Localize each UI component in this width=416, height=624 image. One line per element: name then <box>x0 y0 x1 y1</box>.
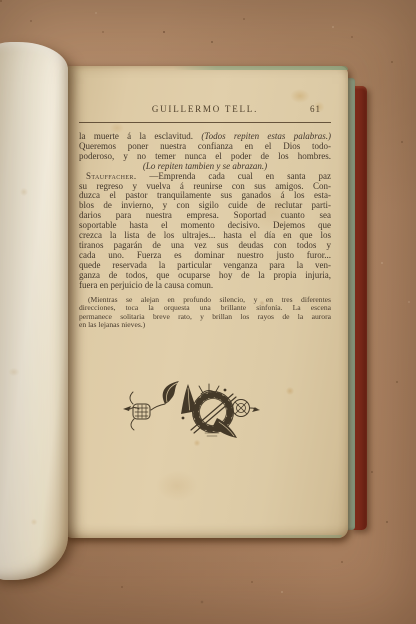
page-number: 61 <box>310 104 321 114</box>
curled-page <box>0 42 68 580</box>
page-content: GUILLERMO TELL. 61 la muerte á la esclav… <box>57 66 348 538</box>
background-texture <box>0 0 2 2</box>
running-head: GUILLERMO TELL. 61 <box>79 104 331 116</box>
header-rule <box>79 122 331 123</box>
paragraph: la muerte á la esclavitud. (Todos repite… <box>79 132 331 172</box>
paragraph: Stauffacher. —Emprenda cada cual en sant… <box>79 172 331 291</box>
stage-direction: (Mientras se alejan en profundo silencio… <box>79 296 331 330</box>
text-line: en las lejanas nieves.) <box>79 321 331 330</box>
book-photo: GUILLERMO TELL. 61 la muerte á la esclav… <box>0 0 416 624</box>
ornament-engraving-icon <box>65 380 317 440</box>
body-text: la muerte á la esclavitud. (Todos repite… <box>79 132 331 291</box>
page-title: GUILLERMO TELL. <box>152 104 258 114</box>
text-line: fuera en perjuicio de la causa comun. <box>79 281 331 291</box>
book-page: GUILLERMO TELL. 61 la muerte á la esclav… <box>57 66 348 538</box>
